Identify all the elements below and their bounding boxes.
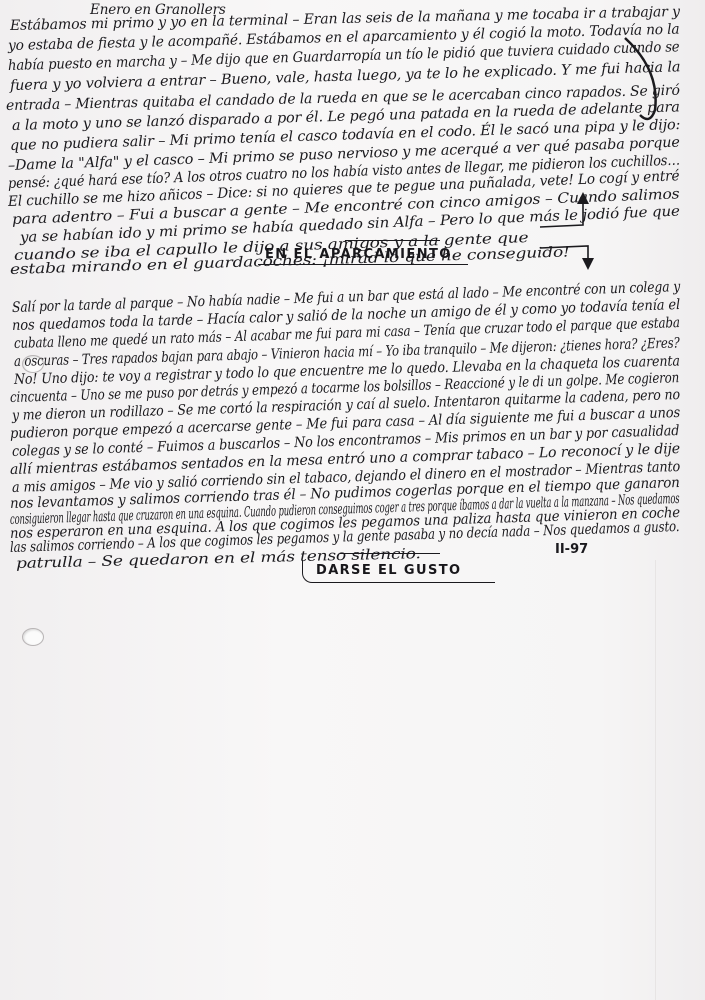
title-overline <box>345 240 440 241</box>
down-arrow-icon <box>540 246 588 262</box>
page-number: II-97 <box>555 542 588 557</box>
manuscript-page: Enero en Granollers Estábamos mi primo y… <box>0 0 705 1000</box>
curved-arrow-icon <box>625 38 656 119</box>
title-overline <box>340 553 440 554</box>
up-arrow-icon <box>540 200 583 227</box>
section-title: EN EL APARCAMIENTO <box>265 247 452 262</box>
section-title: DARSE EL GUSTO <box>316 563 461 578</box>
